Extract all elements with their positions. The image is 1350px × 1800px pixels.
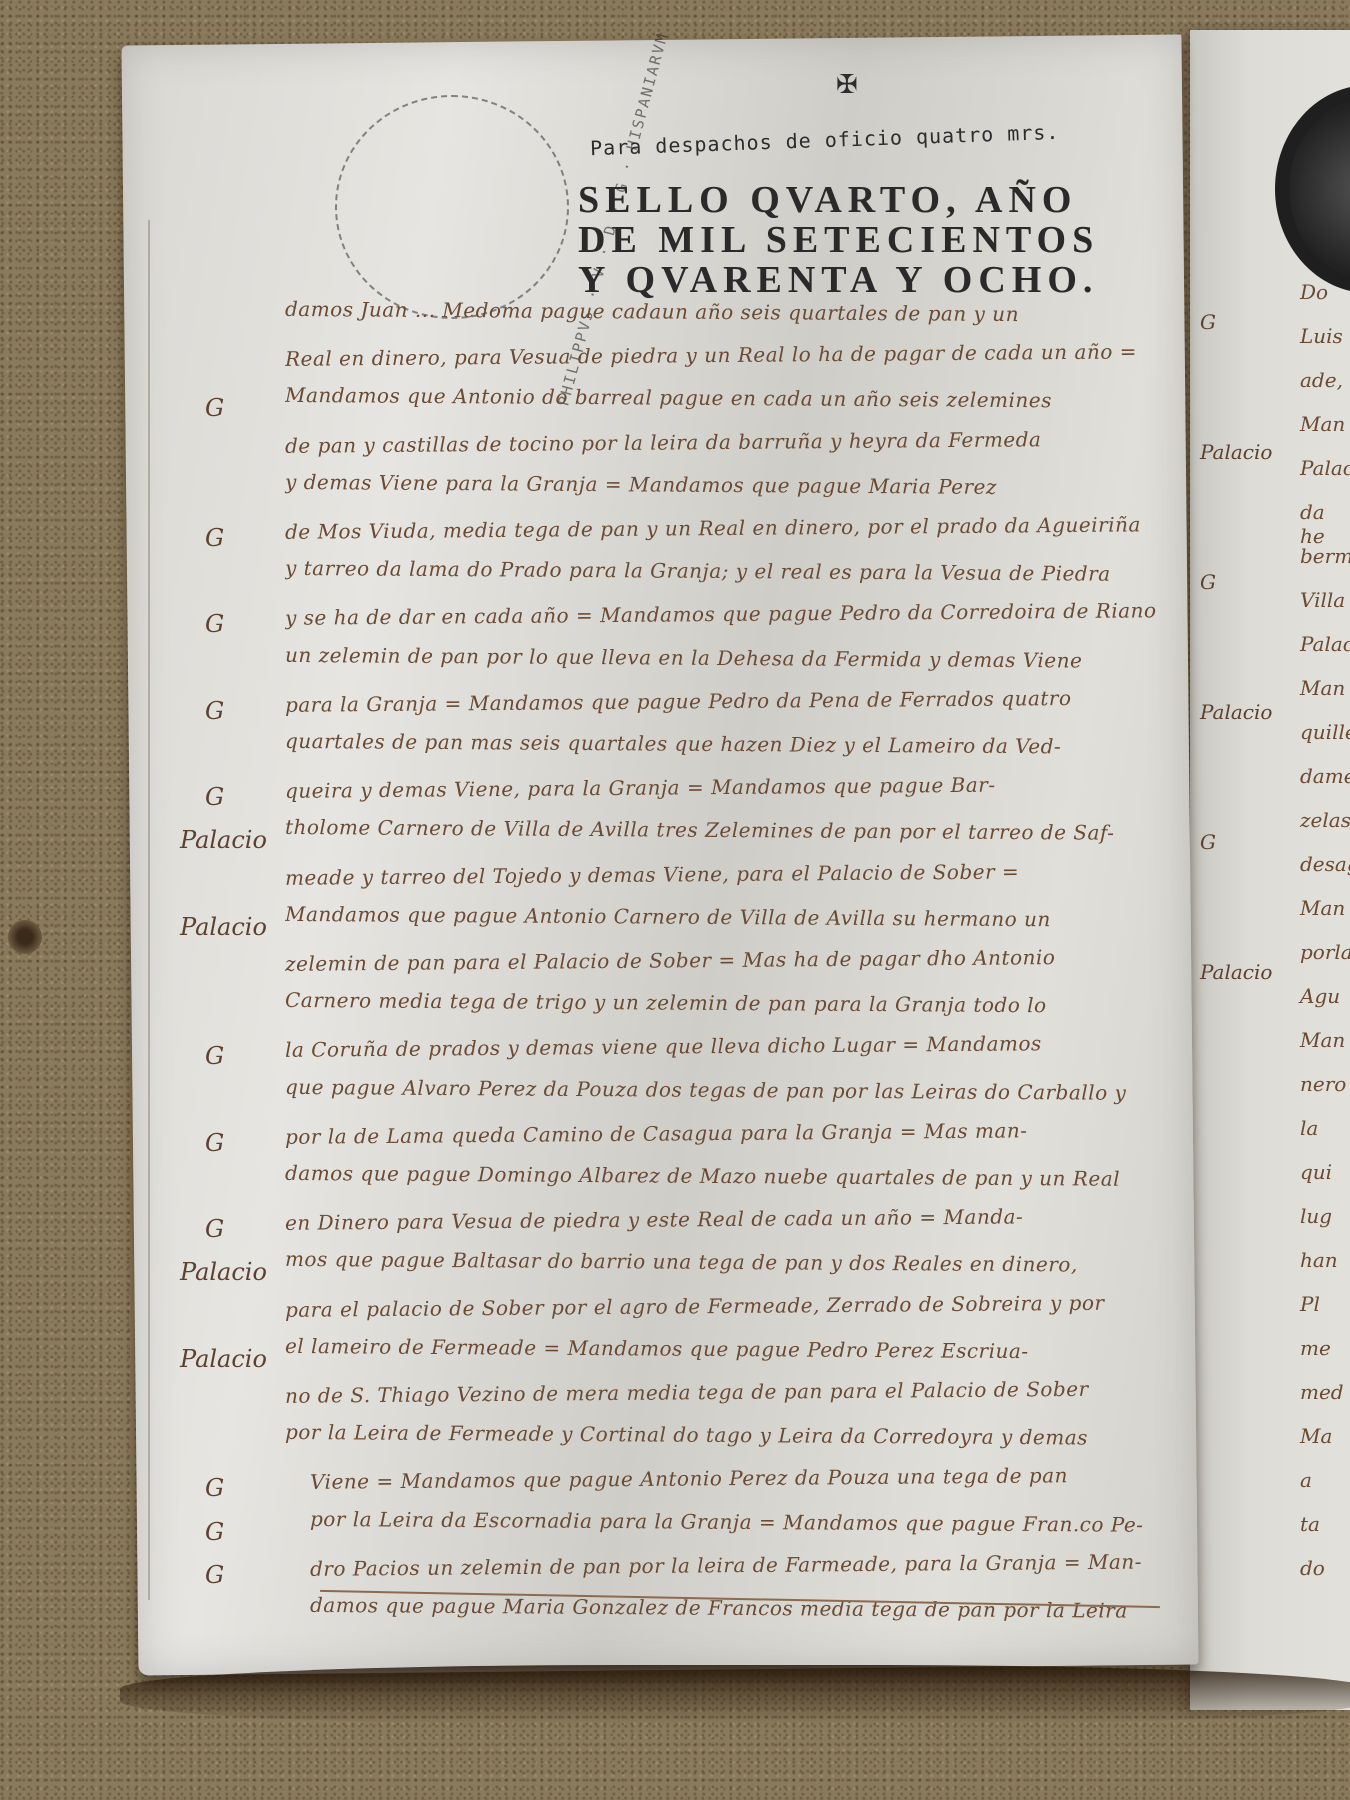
right-page-fragment: lug (1300, 1204, 1332, 1228)
right-page-fragment: me (1300, 1336, 1331, 1360)
right-page-fragment: Palac (1300, 456, 1350, 480)
right-page-fragment: la (1300, 1116, 1318, 1140)
dry-seal-stamp (335, 95, 569, 319)
right-page-fragment: med (1300, 1380, 1344, 1404)
right-page-fragment: Man (1300, 896, 1345, 920)
margin-note-granja: G (205, 610, 224, 638)
margin-note-granja: G (205, 1042, 224, 1070)
right-margin-note: G (1200, 310, 1216, 334)
right-margin-note: G (1200, 830, 1216, 854)
cross-icon: ✠ (836, 70, 858, 100)
right-page-fragment: Man (1300, 1028, 1345, 1052)
right-page-fragment: zelas (1300, 808, 1350, 832)
right-page-fragment: desag (1300, 852, 1350, 876)
margin-ruling (148, 220, 150, 1600)
right-page-fragment: qui (1300, 1160, 1332, 1184)
header-title-line-2: DE MIL SETECIENTOS (578, 218, 1099, 262)
right-page-fragment: a (1300, 1468, 1312, 1492)
right-page-fragment: ade, (1300, 368, 1343, 392)
header-title-line-1: SELLO QVARTO, AÑO (578, 178, 1077, 222)
right-page-fragment: nero (1300, 1072, 1346, 1096)
right-page-fragment: quilleu (1300, 720, 1350, 744)
header-title-line-3: Y QVARENTA Y OCHO. (578, 258, 1098, 302)
margin-note-granja: G (205, 697, 224, 725)
margin-note-granja: G (205, 1474, 224, 1502)
margin-note-granja: G (205, 1561, 224, 1589)
board-pin-hole (8, 920, 42, 954)
right-page-fragment: Man (1300, 676, 1345, 700)
right-page-fragment: Palac (1300, 632, 1350, 656)
right-page-fragment: ta (1300, 1512, 1320, 1536)
right-page-fragment: da he (1300, 500, 1350, 548)
right-margin-note: Palacio (1200, 960, 1272, 984)
margin-note-palacio: Palacio (180, 1345, 267, 1373)
right-page-fragment: han (1300, 1248, 1338, 1272)
right-page-fragment: Ma (1300, 1424, 1332, 1448)
right-margin-note: Palacio (1200, 700, 1272, 724)
right-page-fragment: Agu (1300, 984, 1340, 1008)
margin-note-granja: G (205, 1518, 224, 1546)
margin-note-granja: G (205, 524, 224, 552)
right-page-fragment: Pl (1300, 1292, 1320, 1316)
margin-note-granja: G (205, 1129, 224, 1157)
right-margin-note: G (1200, 570, 1216, 594)
right-page-fragment: Man (1300, 412, 1345, 436)
right-page-fragment: Luis (1300, 324, 1343, 348)
right-page-fragment: do (1300, 1556, 1325, 1580)
margin-note-palacio: Palacio (180, 826, 267, 854)
right-page-fragment: Villa (1300, 588, 1345, 612)
right-page-fragment: porla (1300, 940, 1350, 964)
right-margin-note: Palacio (1200, 440, 1272, 464)
right-page-fragment: Do (1300, 280, 1328, 304)
right-page-fragment: dame (1300, 764, 1350, 788)
margin-note-granja: G (205, 394, 224, 422)
right-page-fragment: berm (1300, 544, 1350, 568)
margin-note-palacio: Palacio (180, 1258, 267, 1286)
margin-note-palacio: Palacio (180, 913, 267, 941)
margin-note-granja: G (205, 783, 224, 811)
page-shadow (120, 1665, 1350, 1725)
margin-note-granja: G (205, 1215, 224, 1243)
